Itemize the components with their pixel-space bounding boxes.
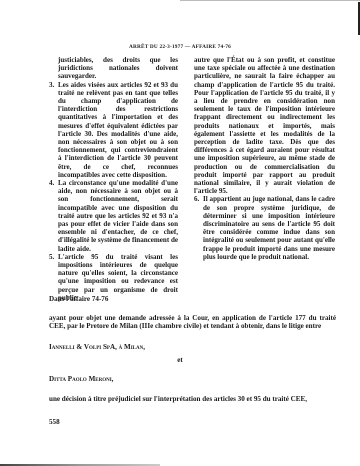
- case-heading: Dans l'affaire 74-76: [49, 295, 336, 303]
- party-one: Iannelli & Volpi SpA, à Milan,: [49, 343, 336, 351]
- summary-column-left: justiciables, des droits que les juridic…: [49, 56, 178, 302]
- item-number: 3.: [49, 81, 54, 89]
- item-number: 4.: [49, 179, 54, 187]
- decision-paragraph: une décision à titre préjudiciel sur l'i…: [49, 395, 336, 403]
- continuation-text: justiciables, des droits que les juridic…: [49, 56, 178, 81]
- party-two: Ditta Paolo Meroni,: [49, 375, 336, 383]
- item-text: Les aides visées aux articles 92 et 93 d…: [58, 81, 178, 179]
- running-head: ARRÊT DU 22-3-1977 — AFFAIRE 74-76: [0, 44, 360, 50]
- item-number: 5.: [49, 253, 54, 261]
- summary-item-3: 3. Les aides visées aux articles 92 et 9…: [49, 81, 178, 179]
- item-number: 6.: [194, 195, 199, 203]
- summary-item-6: 6. Il appartient au juge national, dans …: [194, 195, 335, 261]
- item-text: Il appartient au juge national, dans le …: [203, 195, 335, 260]
- conjunction: et: [0, 356, 360, 364]
- summary-column-right: autre que l'État ou à son profit, et con…: [194, 56, 335, 261]
- item-text: La circonstance qu'une modalité d'une ai…: [58, 179, 178, 253]
- subject-paragraph: ayant pour objet une demande adressée à …: [49, 314, 336, 330]
- scan-edge-top: [180, 0, 360, 1]
- page-number: 558: [49, 418, 336, 426]
- summary-item-4: 4. La circonstance qu'une modalité d'une…: [49, 179, 178, 253]
- continuation-text: autre que l'État ou à son profit, et con…: [194, 56, 335, 195]
